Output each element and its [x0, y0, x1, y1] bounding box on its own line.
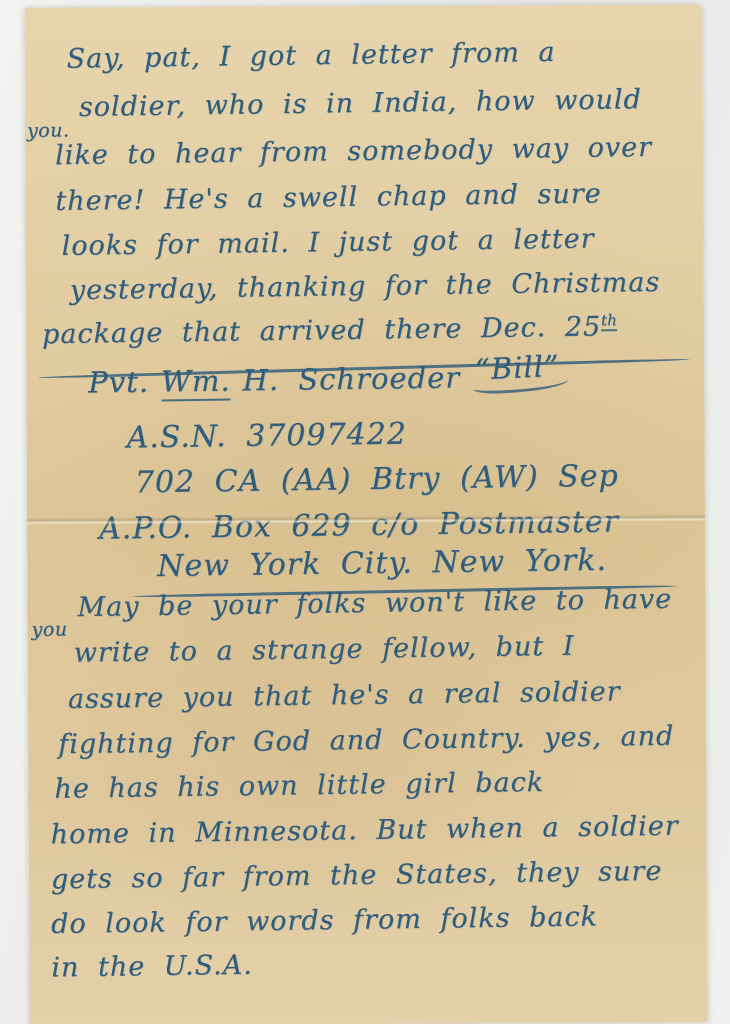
handwritten-line: soldier, who is in India, how would — [79, 84, 642, 123]
handwritten-line: yesterday, thanking for the Christmas — [70, 267, 661, 306]
soldier-name-line: Pvt.Wm.H. Schroeder“Bill” — [88, 359, 568, 408]
serial-number-line: A.S.N. 37097422 — [126, 417, 407, 456]
handwritten-line: gets so far from the States, they sure — [51, 856, 663, 896]
letter-page: Say, pat, I got a letter from a soldier,… — [24, 4, 707, 1024]
inserted-word: you. — [27, 119, 70, 142]
rank: Pvt. — [88, 365, 149, 400]
handwritten-line: do look for words from folks back — [51, 901, 598, 940]
handwritten-line: May be your folks won't like to have — [77, 584, 672, 623]
middle-last-name: H. Schroeder — [242, 360, 460, 397]
city-line: New York City. New York. — [157, 543, 607, 584]
ordinal-superscript: th — [601, 311, 617, 331]
handwritten-line: looks for mail. I just got a letter — [61, 223, 594, 261]
handwritten-line: there! He's a swell chap and sure — [55, 178, 602, 217]
handwritten-line: in the U.S.A. — [51, 950, 253, 984]
first-name: Wm. — [161, 364, 231, 402]
apo-line: A.P.O. Box 629 c/o Postmaster — [99, 504, 619, 546]
handwritten-line: Say, pat, I got a letter from a — [66, 37, 555, 75]
handwritten-line: he has his own little girl back — [54, 767, 544, 805]
unit-line: 702 CA (AA) Btry (AW) Sep — [135, 459, 619, 501]
package-line-text: package that arrived there Dec. 25 — [42, 311, 602, 350]
inserted-word: you — [31, 618, 67, 640]
handwritten-line: package that arrived there Dec. 25th — [42, 311, 617, 350]
nickname: “Bill” — [471, 348, 569, 395]
handwritten-line: home in Minnesota. But when a soldier — [50, 811, 678, 851]
handwritten-line: assure you that he's a real soldier — [68, 676, 621, 715]
handwritten-line: write to a strange fellow, but I — [74, 631, 575, 669]
handwritten-line: like to hear from somebody way over — [55, 132, 652, 171]
handwritten-line: fighting for God and Country. yes, and — [58, 721, 675, 761]
